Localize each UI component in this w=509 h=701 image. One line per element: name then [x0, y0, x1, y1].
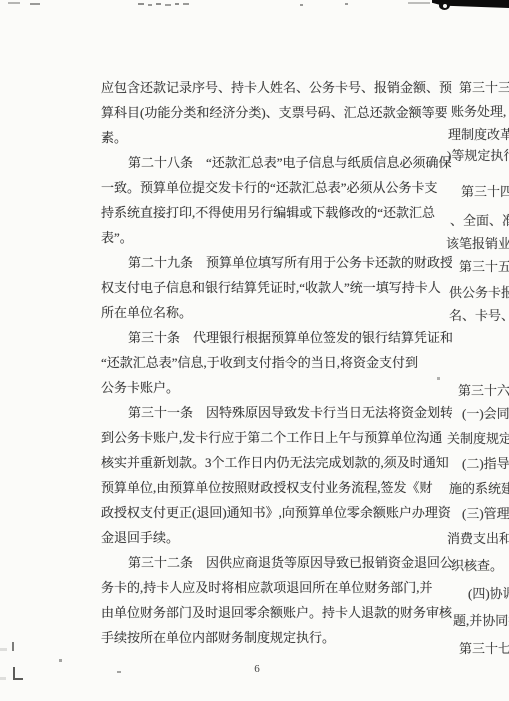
scan-artifact: [183, 3, 189, 5]
scan-artifact: [165, 4, 171, 6]
next-page-text-fragment: 施的系统建: [449, 481, 509, 496]
text-line: 持系统直接打印,不得使用另行编辑或下载修改的“还款汇总: [101, 200, 452, 225]
text-line: 预算单位,由预算单位按照财政授权支付业务流程,签发《财: [101, 475, 452, 500]
main-text-block: 应包含还款记录序号、持卡人姓名、公务卡号、报销金额、预算科目(功能分类和经济分类…: [101, 75, 452, 650]
text-line: 权支付电子信息和银行结算凭证时,“收款人”统一填写持卡人: [101, 275, 452, 300]
next-page-text-fragment: 名、卡号、: [449, 308, 509, 323]
text-line: 第三十二条 因供应商退货等原因导致已报销资金退回公: [101, 550, 452, 575]
next-page-text-fragment: 、全面、准: [450, 213, 509, 228]
text-line: 第三十一条 因特殊原因导致发卡行当日无法将资金划转: [101, 400, 452, 425]
scan-artifact: [138, 3, 144, 5]
next-page-text-fragment: 关制度规定: [447, 431, 509, 446]
text-line: 表”。: [101, 225, 452, 250]
scan-artifact: [8, 2, 20, 4]
scan-artifact: [0, 648, 7, 651]
next-page-text-fragment: 织核查。: [451, 558, 503, 573]
next-page-text-fragment: 题,并协同推: [453, 613, 509, 628]
next-page-text-fragment: 供公务卡报: [449, 285, 509, 300]
scanner-edge-curl-hole: [443, 4, 447, 8]
scan-artifact: [408, 2, 430, 4]
text-line: 公务卡账户。: [101, 375, 452, 400]
text-line: “还款汇总表”信息,于收到支付指令的当日,将资金支付到: [101, 350, 452, 375]
next-page-text-fragment: 消费支出和: [447, 531, 509, 546]
text-line: 金退回手续。: [101, 525, 452, 550]
scan-artifact: [13, 678, 23, 680]
next-page-text-fragment: 第三十六: [458, 383, 509, 398]
text-line: 算科目(功能分类和经济分类)、支票号码、汇总还款金额等要: [101, 100, 452, 125]
text-line: 所在单位名称。: [101, 300, 452, 325]
scan-artifact: [345, 3, 348, 5]
text-line: 手续按所在单位内部财务制度规定执行。: [101, 625, 452, 650]
text-line: 到公务卡账户,发卡行应于第二个工作日上午与预算单位沟通: [101, 425, 452, 450]
next-page-text-fragment: 第三十三: [459, 80, 509, 95]
text-line: 一致。预算单位提交发卡行的“还款汇总表”必须从公务卡支: [101, 175, 452, 200]
text-line: 务卡的,持卡人应及时将相应款项退回所在单位财务部门,并: [101, 575, 452, 600]
text-line: 素。: [101, 125, 452, 150]
scanned-document-page: 应包含还款记录序号、持卡人姓名、公务卡号、报销金额、预算科目(功能分类和经济分类…: [0, 0, 509, 701]
text-line: 由单位财务部门及时退回零余额账户。持卡人退款的财务审核: [101, 600, 452, 625]
text-line: 政授权支付更正(退回)通知书》,向预算单位零余额账户办理资: [101, 500, 452, 525]
next-page-text-fragment: 理制度改革: [448, 127, 509, 142]
scan-artifact: [12, 642, 14, 651]
page-number: 6: [250, 663, 264, 675]
text-line: 第三十条 代理银行根据预算单位签发的银行结算凭证和: [101, 325, 452, 350]
text-line: 第二十九条 预算单位填写所有用于公务卡还款的财政授: [101, 250, 452, 275]
next-page-text-fragment: (二)指导: [462, 456, 509, 471]
next-page-text-fragment: (四)协调: [468, 586, 509, 601]
scan-artifact: [30, 3, 40, 5]
scan-artifact: [156, 3, 161, 5]
next-page-text-fragment: 该笔报销业: [446, 236, 509, 251]
scan-artifact: [117, 671, 121, 673]
scan-artifact: [0, 677, 6, 680]
text-line: 第二十八条 “还款汇总表”电子信息与纸质信息必须确保: [101, 150, 452, 175]
scan-artifact: [148, 4, 152, 6]
next-page-text-fragment: (三)管理: [462, 506, 509, 521]
next-page-text-fragment: 第三十七: [459, 641, 509, 656]
scan-artifact: [59, 659, 62, 662]
scan-artifact: [300, 4, 303, 6]
next-page-text-fragment: 第三十四: [461, 184, 509, 199]
next-page-text-fragment: 第三十五: [459, 259, 509, 274]
next-page-text-fragment: (一)会同: [462, 406, 509, 421]
next-page-text-fragment: 账务处理,: [451, 104, 506, 119]
text-line: 应包含还款记录序号、持卡人姓名、公务卡号、报销金额、预: [101, 75, 452, 100]
text-line: 核实并重新划款。3个工作日内仍无法完成划款的,须及时通知: [101, 450, 452, 475]
next-page-text-fragment: )等规定执行: [447, 148, 509, 163]
scan-artifact: [175, 3, 179, 5]
